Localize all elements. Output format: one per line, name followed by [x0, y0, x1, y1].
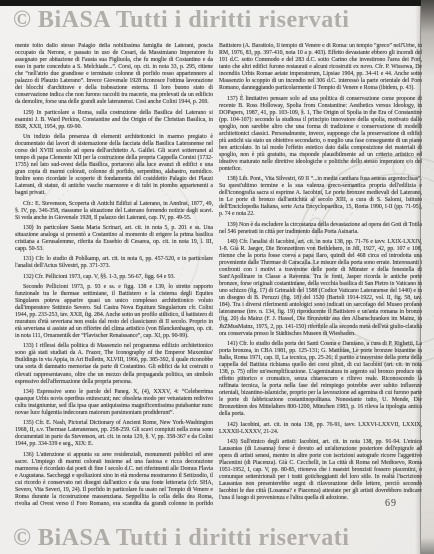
footnote-paragraph: 142) Iacobini, art. cit. in nota 138, pp…: [219, 422, 422, 436]
footnote-paragraph: 135) Cfr. E. Nash, Pictorial Dictionary …: [15, 420, 213, 448]
footnote-paragraph: 136) L'attenzione si appunta su aree res…: [15, 452, 213, 507]
footnote-paragraph: mente tolto dallo stesso Palagio della n…: [15, 43, 213, 106]
scanned-document-page: © BiASA Tutti i diritti riservati © BiAS…: [0, 0, 434, 554]
footnote-paragraph: 130) In particolare Santa Maria Scrinari…: [15, 225, 213, 253]
footnote-paragraph: Un indizio della presenza di elementi ar…: [15, 134, 213, 197]
text-column-right: Battistero (A. Barattolo, Il tempio di V…: [219, 43, 422, 507]
footnote-paragraph: 137) È limitativo pensare solo ad una po…: [219, 96, 422, 174]
footnote-paragraph: 139) Non è da escludere la circostanza d…: [219, 222, 422, 236]
page-number: 69: [385, 498, 397, 509]
text-column-left: mente tolto dallo stesso Palagio della n…: [15, 43, 213, 507]
footnote-paragraph: 129) In particolare a Roma, sulla costru…: [15, 110, 213, 131]
footnote-paragraph: 143) Sull'etnico degli artisti: Iacobini…: [219, 439, 422, 502]
footnote-paragraph: 138) Lib. Pont., Vita Silvestri, 69 II “…: [219, 176, 422, 218]
footnote-paragraph: 132) Cfr. Pellicioni 1973, cap. V, §§. 1…: [15, 274, 213, 281]
copyright-watermark-top: © BiASA Tutti i diritti riservati: [13, 7, 349, 34]
copyright-watermark-bottom: © BiASA Tutti i diritti riservati: [13, 525, 349, 552]
footnote-paragraph: Secondo Pellicioni 1973, p. 93 e ss. e f…: [15, 284, 213, 340]
footnote-paragraph: 140) Cfr. l'analisi di Iacobini, art. ci…: [219, 239, 422, 338]
scan-edge-top: [0, 0, 434, 6]
footnote-paragraph: 131) Cfr. lo studio di Pohlkamp, art. ci…: [15, 256, 213, 270]
footnote-paragraph: 141) Cfr. lo studio della porta dei Sant…: [219, 341, 422, 419]
footnote-paragraph: 133) I riflessi della politica di Massen…: [15, 343, 213, 385]
footnote-paragraph: Battistero (A. Barattolo, Il tempio di V…: [219, 43, 422, 92]
footnote-paragraph: 134) Espressive sono le parole del Paneg…: [15, 389, 213, 417]
footnote-paragraph: Cfr.: E. Stevenson, Scoperta di Antichi …: [15, 201, 213, 222]
scan-edge-right: [421, 0, 434, 554]
